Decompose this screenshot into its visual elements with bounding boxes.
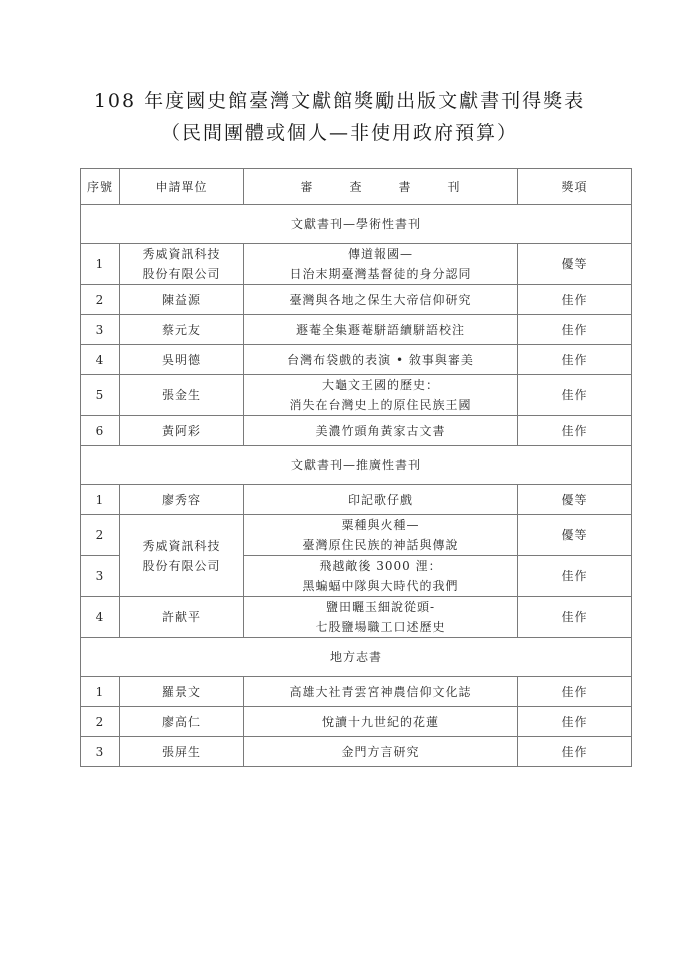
book-cell: 台灣布袋戲的表演 • 敘事與審美 [244,345,518,375]
applicant-cell: 陳益源 [120,285,244,315]
applicant-line: 秀威資訊科技 [122,536,241,556]
applicant-cell: 廖秀容 [120,485,244,515]
book-cell: 大龜文王國的歷史：消失在台灣史上的原住民族王國 [244,375,518,416]
table-row: 1 秀威資訊科技股份有限公司 傳道報國—日治末期臺灣基督徒的身分認同 優等 [81,244,632,285]
book-line: 臺灣原住民族的神話與傳說 [246,535,515,555]
applicant-line: 股份有限公司 [122,556,241,576]
book-line: 日治末期臺灣基督徒的身分認同 [246,264,515,284]
book-cell: 飛越敵後 3000 浬：黑蝙蝠中隊與大時代的我們 [244,556,518,597]
applicant-cell: 吳明德 [120,345,244,375]
book-cell: 美濃竹頭角黃家古文書 [244,416,518,446]
book-line: 黑蝙蝠中隊與大時代的我們 [246,576,515,596]
award-cell: 佳作 [518,707,632,737]
table-row: 3 張屏生 金門方言研究 佳作 [81,737,632,767]
table-row: 1 廖秀容 印記歌仔戲 優等 [81,485,632,515]
book-cell: 悅讀十九世紀的花蓮 [244,707,518,737]
award-cell: 優等 [518,244,632,285]
award-cell: 佳作 [518,345,632,375]
table-row: 2 廖高仁 悅讀十九世紀的花蓮 佳作 [81,707,632,737]
awards-table: 序號 申請單位 審查書刊 獎項 文獻書刊—學術性書刊 1 秀威資訊科技股份有限公… [80,168,632,767]
seq-cell: 1 [81,677,120,707]
table-row: 1 羅景文 高雄大社青雲宮神農信仰文化誌 佳作 [81,677,632,707]
seq-cell: 2 [81,515,120,556]
header-award: 獎項 [518,169,632,205]
table-row: 4 吳明德 台灣布袋戲的表演 • 敘事與審美 佳作 [81,345,632,375]
seq-cell: 4 [81,597,120,638]
book-line: 大龜文王國的歷史： [246,375,515,395]
applicant-cell: 蔡元友 [120,315,244,345]
book-line: 鹽田曬玉細說從頭- [246,597,515,617]
award-cell: 佳作 [518,737,632,767]
book-cell: 印記歌仔戲 [244,485,518,515]
seq-cell: 2 [81,707,120,737]
book-line: 傳道報國— [246,244,515,264]
header-char: 審 [300,177,313,197]
seq-cell: 4 [81,345,120,375]
book-cell: 高雄大社青雲宮神農信仰文化誌 [244,677,518,707]
header-applicant: 申請單位 [120,169,244,205]
seq-cell: 5 [81,375,120,416]
award-cell: 佳作 [518,677,632,707]
book-line: 粟種與火種— [246,515,515,535]
seq-cell: 1 [81,485,120,515]
award-cell: 佳作 [518,285,632,315]
applicant-cell: 許献平 [120,597,244,638]
award-cell: 優等 [518,485,632,515]
table-row: 5 張金生 大龜文王國的歷史：消失在台灣史上的原住民族王國 佳作 [81,375,632,416]
table-row: 2 秀威資訊科技股份有限公司 粟種與火種—臺灣原住民族的神話與傳說 優等 [81,515,632,556]
applicant-cell: 黃阿彩 [120,416,244,446]
seq-cell: 1 [81,244,120,285]
applicant-cell: 張金生 [120,375,244,416]
table-row: 4 許献平 鹽田曬玉細說從頭-七股鹽場職工口述歷史 佳作 [81,597,632,638]
award-cell: 佳作 [518,375,632,416]
applicant-cell: 秀威資訊科技股份有限公司 [120,244,244,285]
section-title: 文獻書刊—推廣性書刊 [81,446,632,485]
book-line: 消失在台灣史上的原住民族王國 [246,395,515,415]
seq-cell: 2 [81,285,120,315]
table-row: 6 黃阿彩 美濃竹頭角黃家古文書 佳作 [81,416,632,446]
book-line: 七股鹽場職工口述歷史 [246,617,515,637]
award-cell: 佳作 [518,556,632,597]
seq-cell: 3 [81,737,120,767]
award-cell: 佳作 [518,597,632,638]
header-seq: 序號 [81,169,120,205]
applicant-line: 股份有限公司 [122,264,241,284]
book-cell: 粟種與火種—臺灣原住民族的神話與傳說 [244,515,518,556]
table-row: 3 蔡元友 遯菴全集遯菴駢語續駢語校注 佳作 [81,315,632,345]
seq-cell: 3 [81,315,120,345]
section-header-academic: 文獻書刊—學術性書刊 [81,205,632,244]
book-line: 飛越敵後 3000 浬： [246,556,515,576]
award-cell: 佳作 [518,315,632,345]
section-title: 文獻書刊—學術性書刊 [81,205,632,244]
book-cell: 鹽田曬玉細說從頭-七股鹽場職工口述歷史 [244,597,518,638]
applicant-cell: 張屏生 [120,737,244,767]
document-title: 108 年度國史館臺灣文獻館獎勵出版文獻書刊得獎表 [0,86,679,113]
book-cell: 金門方言研究 [244,737,518,767]
applicant-cell: 廖高仁 [120,707,244,737]
table-header-row: 序號 申請單位 審查書刊 獎項 [81,169,632,205]
applicant-cell: 羅景文 [120,677,244,707]
header-char: 書 [399,177,412,197]
section-header-local-gazetteer: 地方志書 [81,638,632,677]
award-cell: 優等 [518,515,632,556]
header-char: 刊 [448,177,461,197]
header-reviewed-publication: 審查書刊 [244,169,518,205]
book-cell: 臺灣與各地之保生大帝信仰研究 [244,285,518,315]
award-cell: 佳作 [518,416,632,446]
book-cell: 遯菴全集遯菴駢語續駢語校注 [244,315,518,345]
seq-cell: 6 [81,416,120,446]
book-cell: 傳道報國—日治末期臺灣基督徒的身分認同 [244,244,518,285]
section-header-promotional: 文獻書刊—推廣性書刊 [81,446,632,485]
section-title: 地方志書 [81,638,632,677]
document-subtitle: （民間團體或個人—非使用政府預算） [0,118,679,145]
seq-cell: 3 [81,556,120,597]
table-row: 2 陳益源 臺灣與各地之保生大帝信仰研究 佳作 [81,285,632,315]
applicant-line: 秀威資訊科技 [122,244,241,264]
header-char: 查 [349,177,362,197]
applicant-cell: 秀威資訊科技股份有限公司 [120,515,244,597]
